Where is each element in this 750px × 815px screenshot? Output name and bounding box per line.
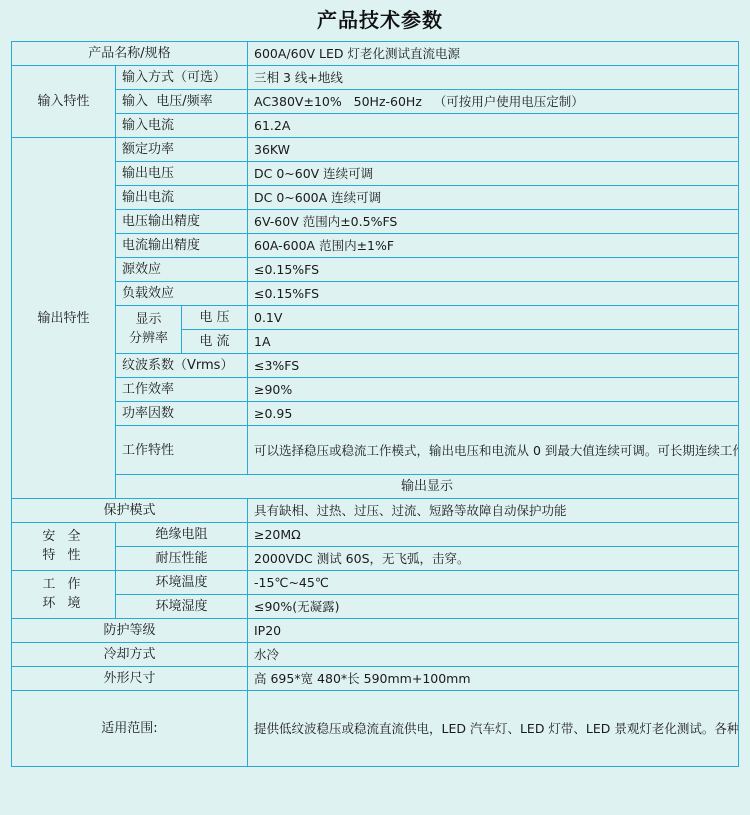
value-input-current: 61.2A [248,114,739,138]
label-source-effect: 源效应 [116,258,248,282]
value-ambient-temperature: -15℃~45℃ [248,571,739,595]
value-output-current: DC 0~600A 连续可调 [248,186,739,210]
value-application: 提供低纹波稳压或稳流直流供电，LED 汽车灯、LED 灯带、LED 景观灯老化测… [248,691,739,767]
safety-line2: 特 性 [42,548,84,563]
value-dimensions: 高 695*宽 480*长 590mm+100mm [248,667,739,691]
label-ripple: 纹波系数（Vrms） [116,354,248,378]
value-load-effect: ≤0.15%FS [248,282,739,306]
table-row: 工 作 环 境 环境温度 -15℃~45℃ [12,571,739,595]
value-input-mode: 三相 3 线+地线 [248,66,739,90]
label-withstand-voltage: 耐压性能 [116,547,248,571]
value-product-name: 600A/60V LED 灯老化测试直流电源 [248,42,739,66]
table-row: 输入电流 61.2A [12,114,739,138]
table-row: 输出电压 DC 0~60V 连续可调 [12,162,739,186]
value-source-effect: ≤0.15%FS [248,258,739,282]
safety-line1: 安 全 [42,529,84,544]
value-protection: 具有缺相、过热、过压、过流、短路等故障自动保护功能 [248,499,739,523]
label-efficiency: 工作效率 [116,378,248,402]
group-safety: 安 全 特 性 [12,523,116,571]
table-row: 负载效应 ≤0.15%FS [12,282,739,306]
label-work-characteristics: 工作特性 [116,426,248,475]
table-row: 外形尺寸 高 695*宽 480*长 590mm+100mm [12,667,739,691]
table-row: 安 全 特 性 绝缘电阻 ≥20MΩ [12,523,739,547]
label-dimensions: 外形尺寸 [12,667,248,691]
table-row: 冷却方式 水冷 [12,643,739,667]
table-row: 输入特性 输入方式（可选） 三相 3 线+地线 [12,66,739,90]
label-voltage-accuracy: 电压输出精度 [116,210,248,234]
value-cooling: 水冷 [248,643,739,667]
group-display-resolution: 显示 分辨率 [116,306,182,354]
table-row: 显示 分辨率 电 压 0.1V [12,306,739,330]
table-row: 耐压性能 2000VDC 测试 60S，无飞弧，击穿。 [12,547,739,571]
label-rated-power: 额定功率 [116,138,248,162]
value-display-current: 1A [248,330,739,354]
label-input-current: 输入电流 [116,114,248,138]
table-row: 防护等级 IP20 [12,619,739,643]
label-protection-class: 防护等级 [12,619,248,643]
display-resolution-line2: 分辨率 [129,331,168,346]
value-ripple: ≤3%FS [248,354,739,378]
label-output-voltage: 输出电压 [116,162,248,186]
table-row: 输出电流 DC 0~600A 连续可调 [12,186,739,210]
value-protection-class: IP20 [248,619,739,643]
table-row: 电流输出精度 60A-600A 范围内±1%F [12,234,739,258]
group-output: 输出特性 [12,138,116,499]
label-ambient-humidity: 环境湿度 [116,595,248,619]
label-input-voltage: 输入 电压/频率 [116,90,248,114]
value-display-voltage: 0.1V [248,306,739,330]
table-row: 输入 电压/频率 AC380V±10% 50Hz-60Hz （可按用户使用电压定… [12,90,739,114]
label-ambient-temperature: 环境温度 [116,571,248,595]
environment-line2: 环 境 [42,596,84,611]
label-current-accuracy: 电流输出精度 [116,234,248,258]
display-resolution-line1: 显示 [135,312,161,327]
table-row: 电压输出精度 6V-60V 范围内±0.5%FS [12,210,739,234]
value-withstand-voltage: 2000VDC 测试 60S，无飞弧，击穿。 [248,547,739,571]
label-cooling: 冷却方式 [12,643,248,667]
table-row: 工作效率 ≥90% [12,378,739,402]
table-row: 环境湿度 ≤90%(无凝露) [12,595,739,619]
group-environment: 工 作 环 境 [12,571,116,619]
page-title: 产品技术参数 [0,4,750,33]
label-insulation: 绝缘电阻 [116,523,248,547]
label-display-voltage: 电 压 [182,306,248,330]
table-row: 功率因数 ≥0.95 [12,402,739,426]
table-row: 输出显示 输出电压、电流 LED 数字显示。 [12,475,739,499]
value-ambient-humidity: ≤90%(无凝露) [248,595,739,619]
label-application: 适用范围: [12,691,248,767]
table-row: 工作特性 可以选择稳压或稳流工作模式，输出电压和电流从 0 到最大值连续可调。可… [12,426,739,475]
value-rated-power: 36KW [248,138,739,162]
label-input-mode: 输入方式（可选） [116,66,248,90]
label-load-effect: 负载效应 [116,282,248,306]
value-input-voltage: AC380V±10% 50Hz-60Hz （可按用户使用电压定制） [248,90,739,114]
value-output-voltage: DC 0~60V 连续可调 [248,162,739,186]
table-row: 输出特性 额定功率 36KW [12,138,739,162]
value-efficiency: ≥90% [248,378,739,402]
value-current-accuracy: 60A-600A 范围内±1%F [248,234,739,258]
value-power-factor: ≥0.95 [248,402,739,426]
spec-table: 产品名称/规格 600A/60V LED 灯老化测试直流电源 输入特性 输入方式… [11,41,739,767]
table-row: 保护模式 具有缺相、过热、过压、过流、短路等故障自动保护功能 [12,499,739,523]
table-row: 纹波系数（Vrms） ≤3%FS [12,354,739,378]
table-row: 适用范围: 提供低纹波稳压或稳流直流供电，LED 汽车灯、LED 灯带、LED … [12,691,739,767]
label-power-factor: 功率因数 [116,402,248,426]
label-product-name: 产品名称/规格 [12,42,248,66]
label-display-current: 电 流 [182,330,248,354]
table-row: 源效应 ≤0.15%FS [12,258,739,282]
label-output-current: 输出电流 [116,186,248,210]
value-insulation: ≥20MΩ [248,523,739,547]
label-output-display: 输出显示 [116,475,739,499]
group-input: 输入特性 [12,66,116,138]
label-protection: 保护模式 [12,499,248,523]
table-row: 产品名称/规格 600A/60V LED 灯老化测试直流电源 [12,42,739,66]
value-voltage-accuracy: 6V-60V 范围内±0.5%FS [248,210,739,234]
environment-line1: 工 作 [42,577,84,592]
value-work-characteristics: 可以选择稳压或稳流工作模式，输出电压和电流从 0 到最大值连续可调。可长期连续工… [248,426,739,475]
